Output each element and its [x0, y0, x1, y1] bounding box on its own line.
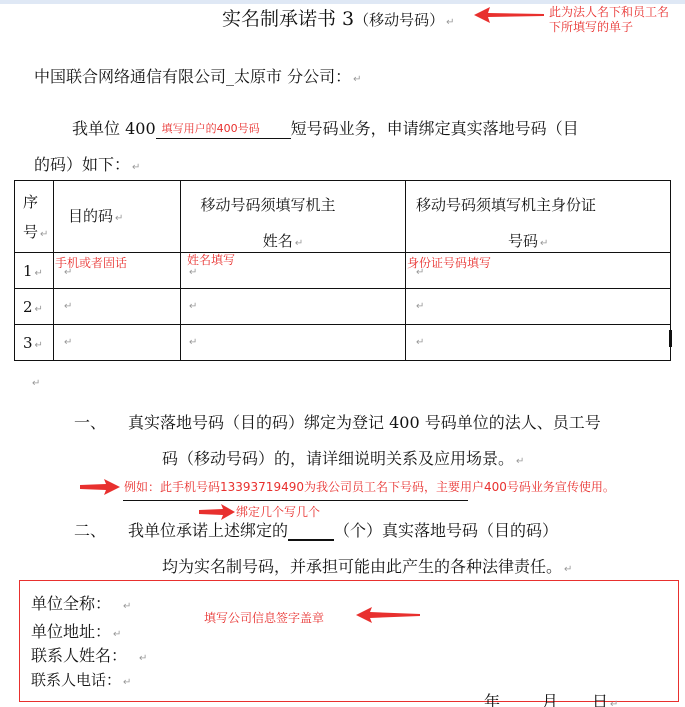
header-target: 目的码↵ — [54, 181, 181, 253]
date-line: 年月日↵ — [484, 689, 618, 707]
cell-name[interactable]: 姓名填写↵ — [181, 253, 406, 289]
signature-hint: 填写公司信息签字盖章 — [204, 609, 324, 626]
intro-line-2: 的码）如下：↵ — [34, 152, 140, 175]
cell-target[interactable]: ↵ — [54, 325, 181, 361]
title-main: 实名制承诺书 3 — [222, 8, 354, 30]
cell-target[interactable]: 手机或者固话↵ — [54, 253, 181, 289]
title-sub: （移动号码） — [354, 11, 444, 29]
section-2-line-1: 我单位承诺上述绑定的（个）真实落地号码（目的码） — [128, 518, 558, 541]
table-row: 3↵ ↵ ↵ ↵ — [15, 325, 671, 361]
arrow-left-icon — [356, 607, 420, 623]
header-owner-id: 移动号码须填写机主身份证号码↵ — [406, 181, 671, 253]
400-number-hint: 填写用户的400号码 — [162, 120, 260, 136]
cell-name[interactable]: ↵ — [181, 289, 406, 325]
header-seq: 序号↵ — [15, 181, 54, 253]
section-2-line-2: 均为实名制号码，并承担可能由此产生的各种法律责任。↵ — [162, 554, 572, 577]
field-company-name[interactable]: 单位全称：↵ — [31, 591, 131, 614]
400-number-blank[interactable]: 填写用户的400号码 — [156, 120, 291, 139]
section-1-line-1: 真实落地号码（目的码）绑定为登记 400 号码单位的法人、员工号 — [128, 410, 601, 433]
cell-seq: 3↵ — [15, 325, 54, 361]
cell-name[interactable]: ↵ — [181, 325, 406, 361]
binding-table: 序号↵ 目的码↵ 移动号码须填写机主姓名↵ 移动号码须填写机主身份证号码↵ 1↵… — [14, 180, 671, 361]
addressee-line: 中国联合网络通信有限公司_太原市 分公司：↵ — [34, 64, 361, 87]
section-1-number: 一、 — [74, 410, 106, 433]
count-blank[interactable] — [288, 523, 334, 541]
cell-id[interactable]: ↵ — [406, 289, 671, 325]
field-contact-phone[interactable]: 联系人电话：↵ — [31, 669, 131, 690]
field-company-address[interactable]: 单位地址：↵ — [31, 619, 121, 642]
cell-target[interactable]: ↵ — [54, 289, 181, 325]
section-1-line-2: 码（移动号码）的，请详细说明关系及应用场景。↵ — [162, 446, 524, 469]
paragraph-mark: ↵ — [32, 378, 40, 389]
header-owner-name: 移动号码须填写机主姓名↵ — [181, 181, 406, 253]
document-title: 实名制承诺书 3（移动号码）↵ — [222, 4, 455, 31]
intro-line: 我单位 400填写用户的400号码短号码业务，申请绑定真实落地号码（目 — [72, 116, 579, 139]
company-info-box: 单位全称：↵ 单位地址：↵ 联系人姓名：↵ 联系人电话：↵ 填写公司信息签字盖章… — [19, 580, 679, 702]
title-annotation: 此为法人名下和员工名 下所填写的单子 — [549, 5, 669, 35]
arrow-right-icon — [80, 479, 120, 495]
section-1-example: 例如：此手机号码13393719490为我公司员工名下号码，主要用户400号码业… — [124, 478, 615, 495]
table-header-row: 序号↵ 目的码↵ 移动号码须填写机主姓名↵ 移动号码须填写机主身份证号码↵ — [15, 181, 671, 253]
section-2-number: 二、 — [74, 518, 106, 541]
table-row: 1↵ 手机或者固话↵ 姓名填写↵ 身份证号码填写↵ — [15, 253, 671, 289]
cell-seq: 1↵ — [15, 253, 54, 289]
arrow-left-icon — [474, 6, 544, 24]
section-1-answer-line[interactable] — [123, 500, 468, 501]
text-cursor — [669, 330, 672, 347]
field-contact-name[interactable]: 联系人姓名：↵ — [31, 643, 147, 666]
cell-id[interactable]: 身份证号码填写↵ — [406, 253, 671, 289]
cell-seq: 2↵ — [15, 289, 54, 325]
cell-id[interactable]: ↵ — [406, 325, 671, 361]
table-row: 2↵ ↵ ↵ ↵ — [15, 289, 671, 325]
